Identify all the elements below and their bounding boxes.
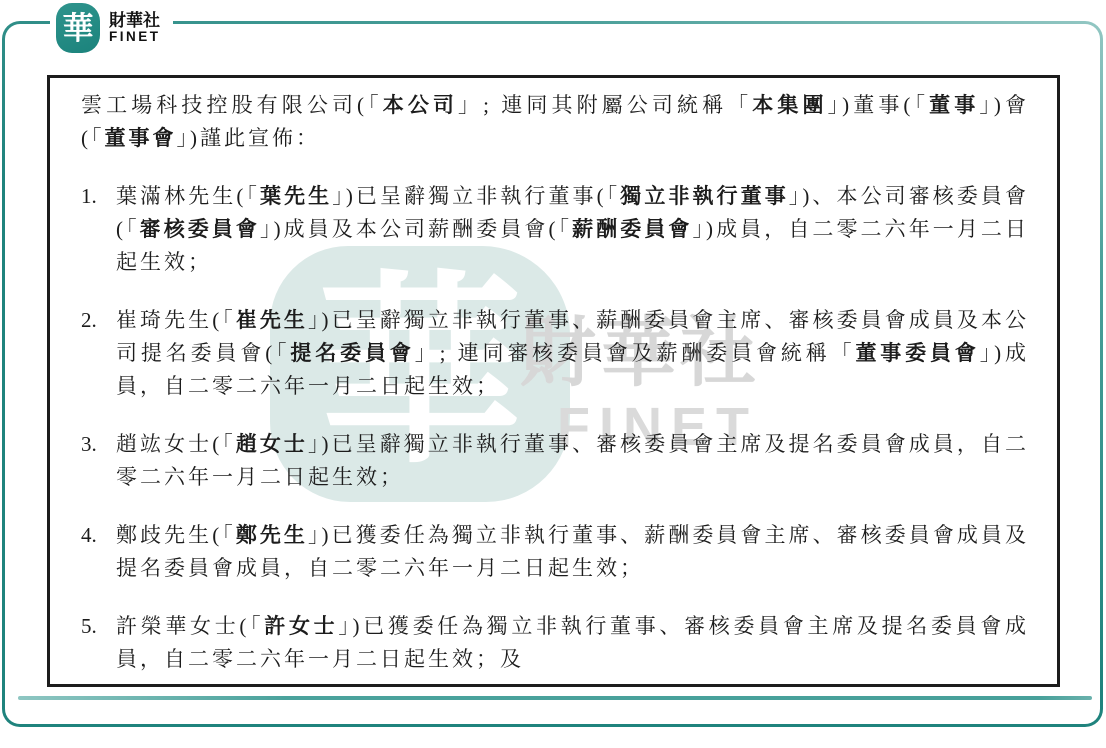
brand-text: 財華社 FINET [109, 12, 161, 44]
text-run: 趙竑女士(「 [116, 432, 236, 456]
item-number: 5. [81, 610, 97, 643]
text-run: 雲工場科技控股有限公司(「 [81, 93, 383, 117]
item-text: 崔琦先生(「崔先生」)已呈辭獨立非執行董事、薪酬委員會主席、審核委員會成員及本公… [116, 304, 1029, 403]
finet-brand-logo: 華 財華社 FINET [50, 0, 173, 56]
item-number: 2. [81, 304, 97, 337]
brand-name-zh: 財華社 [109, 12, 161, 30]
defined-term: 本集團 [752, 94, 827, 117]
text-run: 崔琦先生(「 [116, 308, 236, 332]
list-item-5: 5. 許榮華女士(「許女士」)已獲委任為獨立非執行董事、審核委員會主席及提名委員… [81, 610, 1029, 676]
defined-term: 崔先生 [236, 309, 308, 332]
text-run: 」)董事(「 [828, 93, 930, 117]
text-run: 鄭歧先生(「 [116, 523, 236, 547]
brand-name-en: FINET [109, 30, 161, 44]
list-item-2: 2. 崔琦先生(「崔先生」)已呈辭獨立非執行董事、薪酬委員會主席、審核委員會成員… [81, 304, 1029, 403]
text-run: 葉滿林先生(「 [116, 184, 260, 208]
text-run: 」)謹此宣佈： [177, 126, 321, 150]
text-run: 」)已呈辭獨立非執行董事(「 [332, 184, 620, 208]
finet-logo-icon: 華 [56, 3, 100, 53]
text-run: 許榮華女士(「 [116, 614, 264, 638]
item-number: 4. [81, 519, 97, 552]
list-item-4: 4. 鄭歧先生(「鄭先生」)已獲委任為獨立非執行董事、薪酬委員會主席、審核委員會… [81, 519, 1029, 585]
defined-term: 葉先生 [260, 185, 332, 208]
defined-term: 董事委員會 [855, 342, 979, 365]
defined-term: 鄭先生 [236, 524, 308, 547]
defined-term: 董事 [929, 94, 979, 117]
text-run: 」; 連同審核委員會及薪酬委員會統稱「 [415, 341, 856, 365]
defined-term: 本公司 [383, 94, 458, 117]
defined-term: 董事會 [105, 127, 177, 150]
hua-glyph: 華 [63, 13, 94, 44]
item-text: 趙竑女士(「趙女士」)已呈辭獨立非執行董事、審核委員會主席及提名委員會成員，自二… [116, 428, 1029, 494]
text-run: 」)成員及本公司薪酬委員會(「 [260, 217, 572, 241]
defined-term: 趙女士 [236, 433, 308, 456]
announcement-page: 華 財華社 FINET 雲工場科技控股有限公司(「本公司」; 連同其附屬公司統稱… [0, 0, 1106, 748]
list-item-3: 3. 趙竑女士(「趙女士」)已呈辭獨立非執行董事、審核委員會主席及提名委員會成員… [81, 428, 1029, 494]
intro-paragraph: 雲工場科技控股有限公司(「本公司」; 連同其附屬公司統稱「本集團」)董事(「董事… [81, 89, 1029, 155]
defined-term: 許女士 [264, 615, 338, 638]
bottom-divider-line [18, 696, 1092, 700]
item-text: 葉滿林先生(「葉先生」)已呈辭獨立非執行董事(「獨立非執行董事」)、本公司審核委… [116, 180, 1029, 279]
announcement-box: 雲工場科技控股有限公司(「本公司」; 連同其附屬公司統稱「本集團」)董事(「董事… [47, 75, 1060, 687]
item-number: 3. [81, 428, 97, 461]
item-number: 1. [81, 180, 97, 213]
defined-term: 審核委員會 [140, 218, 260, 241]
defined-term: 獨立非執行董事 [620, 185, 789, 208]
item-text: 許榮華女士(「許女士」)已獲委任為獨立非執行董事、審核委員會主席及提名委員會成員… [116, 610, 1029, 676]
item-text: 鄭歧先生(「鄭先生」)已獲委任為獨立非執行董事、薪酬委員會主席、審核委員會成員及… [116, 519, 1029, 585]
defined-term: 提名委員會 [290, 342, 414, 365]
list-item-1: 1. 葉滿林先生(「葉先生」)已呈辭獨立非執行董事(「獨立非執行董事」)、本公司… [81, 180, 1029, 279]
defined-term: 薪酬委員會 [572, 218, 692, 241]
text-run: 」; 連同其附屬公司統稱「 [458, 93, 752, 117]
